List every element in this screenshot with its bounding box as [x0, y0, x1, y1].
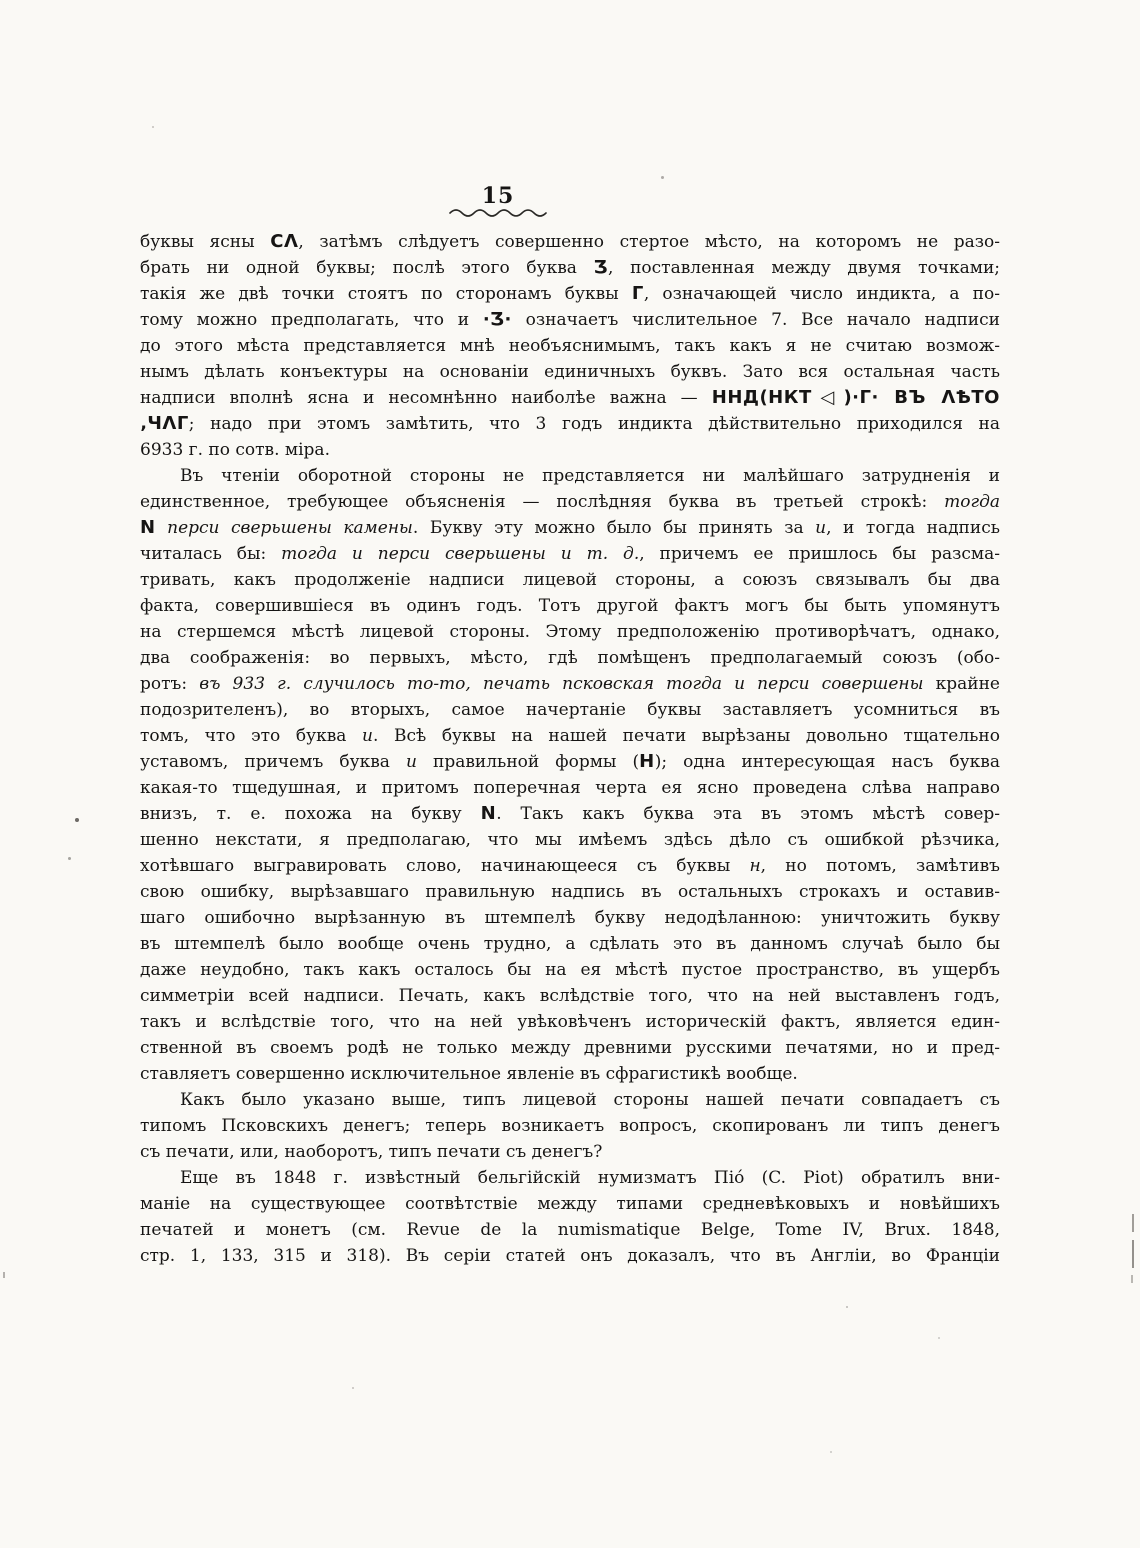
text-line: хотѣвшаго выгравировать слово, начинающе… [140, 853, 1000, 879]
body-text: ственной въ своемъ родѣ не только между … [140, 1038, 1000, 1058]
page-number: 15 [437, 183, 559, 209]
text-line: уставомъ, причемъ буква и правильной фор… [140, 749, 1000, 775]
scan-speck [830, 1451, 832, 1453]
italic-text: и [362, 726, 373, 746]
body-text: тривать, какъ продолженіе надписи лицево… [140, 570, 1000, 590]
body-text: . Букву эту можно было бы принять за [413, 518, 815, 538]
text-line: свою ошибку, вырѣзавшаго правильную надп… [140, 879, 1000, 905]
text-line: съ печати, или, наоборотъ, типъ печати с… [140, 1139, 1000, 1165]
text-line: какая-то тщедушная, и притомъ поперечная… [140, 775, 1000, 801]
body-text: Какъ было указано выше, типъ лицевой сто… [180, 1090, 1000, 1110]
body-text: буквы ясны [140, 232, 270, 252]
body-text: даже неудобно, такъ какъ осталось бы на … [140, 960, 1000, 980]
body-text: Въ чтеніи оборотной стороны не представл… [180, 466, 1000, 486]
body-text: стр. 1, 133, 315 и 318). Въ серіи статей… [140, 1246, 1000, 1266]
scan-speck [846, 1306, 848, 1308]
text-line: 6933 г. по сотв. міра. [140, 437, 1000, 463]
text-line: томъ, что это буква и. Всѣ буквы на наше… [140, 723, 1000, 749]
text-line: ротъ: въ 933 г. случилось то-то, печать … [140, 671, 1000, 697]
body-text: . Всѣ буквы на нашей печати вырѣзаны дов… [373, 726, 1000, 746]
body-text: шенно некстати, я предполагаю, что мы им… [140, 830, 1000, 850]
body-text: типомъ Псковскихъ денегъ; теперь возника… [140, 1116, 1000, 1136]
italic-text: тогда и перси сверьшены и т. д. [281, 544, 639, 564]
body-text: съ печати, или, наоборотъ, типъ печати с… [140, 1142, 602, 1162]
body-text: единственное, требующее объясненія — пос… [140, 492, 944, 512]
inscription-letters: N [481, 803, 497, 824]
text-line: стр. 1, 133, 315 и 318). Въ серіи статей… [140, 1243, 1000, 1269]
italic-text: перси сверьшены камены [156, 518, 413, 538]
inscription-letters: ННД(НКТ◁)·Г· ВЪ ΛѢТО [712, 387, 1000, 408]
text-line: тривать, какъ продолженіе надписи лицево… [140, 567, 1000, 593]
italic-text: и [815, 518, 826, 538]
body-text: въ штемпелѣ было вообще очень трудно, а … [140, 934, 1000, 954]
body-text: читалась бы: [140, 544, 281, 564]
scan-speck [3, 1272, 5, 1278]
text-line: ственной въ своемъ родѣ не только между … [140, 1035, 1000, 1061]
text-line: типомъ Псковскихъ денегъ; теперь возника… [140, 1113, 1000, 1139]
italic-text: и [406, 752, 417, 772]
scan-speck [152, 126, 154, 128]
text-line: шенно некстати, я предполагаю, что мы им… [140, 827, 1000, 853]
scan-speck [75, 818, 79, 822]
text-line: подозрителенъ), во вторыхъ, самое начерт… [140, 697, 1000, 723]
body-text: два соображенія: во первыхъ, мѣсто, гдѣ … [140, 648, 1000, 668]
text-line: печатей и монетъ (см. Revue de la numism… [140, 1217, 1000, 1243]
text-line: даже неудобно, такъ какъ осталось бы на … [140, 957, 1000, 983]
scan-speck [68, 857, 71, 860]
italic-text: тогда [944, 492, 1000, 512]
body-text: ротъ: [140, 674, 199, 694]
text-line: внизъ, т. е. похожа на букву N. Такъ как… [140, 801, 1000, 827]
text-line: брать ни одной буквы; послѣ этого буква … [140, 255, 1000, 281]
scanned-book-page: 15 буквы ясны СΛ, затѣмъ слѣдуетъ соверш… [0, 0, 1140, 1548]
body-text: симметріи всей надписи. Печать, какъ всл… [140, 986, 1000, 1006]
body-text: , затѣмъ слѣдуетъ совершенно стертое мѣс… [298, 232, 1000, 252]
scan-edge-mark [1131, 1275, 1133, 1283]
body-text: ; надо при этомъ замѣтить, что 3 годъ ин… [189, 414, 1000, 434]
scan-edge-mark [1132, 1240, 1134, 1268]
body-text: ставляетъ совершенно исключительное явле… [140, 1064, 798, 1084]
text-line: такъ и вслѣдствіе того, что на ней увѣко… [140, 1009, 1000, 1035]
inscription-letters: СΛ [270, 231, 298, 252]
text-line: единственное, требующее объясненія — пос… [140, 489, 1000, 515]
italic-text: н [749, 856, 760, 876]
body-text: брать ни одной буквы; послѣ этого буква [140, 258, 594, 278]
paragraph: Какъ было указано выше, типъ лицевой сто… [140, 1087, 1000, 1165]
page-header: 15 [437, 183, 559, 217]
body-text: какая-то тщедушная, и притомъ поперечная… [140, 778, 1000, 798]
paragraph: Еще въ 1848 г. извѣстный бельгійскій нум… [140, 1165, 1000, 1269]
text-line: Какъ было указано выше, типъ лицевой сто… [140, 1087, 1000, 1113]
text-line: такія же двѣ точки стоятъ по сторонамъ б… [140, 281, 1000, 307]
body-text: факта, совершившіеся въ одинъ годъ. Тотъ… [140, 596, 1000, 616]
text-block: буквы ясны СΛ, затѣмъ слѣдуетъ совершенн… [140, 229, 1000, 1269]
body-text: , означающей число индикта, а по- [644, 284, 1000, 304]
scan-speck [352, 1387, 354, 1389]
scan-speck [661, 176, 664, 179]
scan-edge-mark [1132, 1214, 1134, 1232]
body-text: надписи вполнѣ ясна и несомнѣнно наиболѣ… [140, 388, 712, 408]
text-line: шаго ошибочно вырѣзанную въ штемпелѣ бук… [140, 905, 1000, 931]
text-line: факта, совершившіеся въ одинъ годъ. Тотъ… [140, 593, 1000, 619]
text-line: Въ чтеніи оборотной стороны не представл… [140, 463, 1000, 489]
text-line: на стершемся мѣстѣ лицевой стороны. Этом… [140, 619, 1000, 645]
body-text: ); одна интересующая насъ буква [655, 752, 1000, 772]
body-text: крайне [923, 674, 1000, 694]
text-line: надписи вполнѣ ясна и несомнѣнно наиболѣ… [140, 385, 1000, 411]
text-line: читалась бы: тогда и перси сверьшены и т… [140, 541, 1000, 567]
body-text: . Такъ какъ буква эта въ этомъ мѣстѣ сов… [496, 804, 1000, 824]
body-text: томъ, что это буква [140, 726, 362, 746]
scan-speck [938, 1337, 940, 1339]
inscription-letters: Ʒ [594, 257, 608, 278]
body-text: уставомъ, причемъ буква [140, 752, 406, 772]
text-line: ставляетъ совершенно исключительное явле… [140, 1061, 1000, 1087]
body-text: , и тогда надпись [826, 518, 1000, 538]
body-text: такъ и вслѣдствіе того, что на ней увѣко… [140, 1012, 1000, 1032]
body-text: внизъ, т. е. похожа на букву [140, 804, 481, 824]
body-text: , но потомъ, замѣтивъ [761, 856, 1000, 876]
text-line: нымъ дѣлать конъектуры на основаніи един… [140, 359, 1000, 385]
text-line: Еще въ 1848 г. извѣстный бельгійскій нум… [140, 1165, 1000, 1191]
body-text: подозрителенъ), во вторыхъ, самое начерт… [140, 700, 1000, 720]
text-line: маніе на существующее соотвѣтствіе между… [140, 1191, 1000, 1217]
text-line: симметріи всей надписи. Печать, какъ всл… [140, 983, 1000, 1009]
text-line: два соображенія: во первыхъ, мѣсто, гдѣ … [140, 645, 1000, 671]
inscription-letters: ·Ʒ· [483, 309, 512, 330]
body-text: маніе на существующее соотвѣтствіе между… [140, 1194, 1000, 1214]
inscription-letters: N [140, 517, 156, 538]
italic-text: въ 933 г. случилось то-то, печать псковс… [199, 674, 923, 694]
body-text: 6933 г. по сотв. міра. [140, 440, 330, 460]
text-line: буквы ясны СΛ, затѣмъ слѣдуетъ совершенн… [140, 229, 1000, 255]
body-text: правильной формы ( [417, 752, 639, 772]
body-text: такія же двѣ точки стоятъ по сторонамъ б… [140, 284, 632, 304]
body-text: , поставленная между двумя точками; [608, 258, 1000, 278]
text-line: ‚ЧΛГ; надо при этомъ замѣтить, что 3 год… [140, 411, 1000, 437]
inscription-letters: ‚ЧΛГ [140, 413, 189, 434]
text-line: тому можно предполагать, что и ·Ʒ· означ… [140, 307, 1000, 333]
body-text: до этого мѣста представляется мнѣ необъя… [140, 336, 1000, 356]
body-text: , причемъ ее пришлось бы разсма- [639, 544, 1000, 564]
text-line: N перси сверьшены камены. Букву эту можн… [140, 515, 1000, 541]
body-text: тому можно предполагать, что и [140, 310, 483, 330]
body-text: хотѣвшаго выгравировать слово, начинающе… [140, 856, 749, 876]
body-text: свою ошибку, вырѣзавшаго правильную надп… [140, 882, 1000, 902]
text-line: до этого мѣста представляется мнѣ необъя… [140, 333, 1000, 359]
text-line: въ штемпелѣ было вообще очень трудно, а … [140, 931, 1000, 957]
body-text: шаго ошибочно вырѣзанную въ штемпелѣ бук… [140, 908, 1000, 928]
body-text: нымъ дѣлать конъектуры на основаніи един… [140, 362, 1000, 382]
body-text: означаетъ числительное 7. Все начало над… [512, 310, 1000, 330]
body-text: Еще въ 1848 г. извѣстный бельгійскій нум… [180, 1168, 1000, 1188]
body-text: на стершемся мѣстѣ лицевой стороны. Этом… [140, 622, 1000, 642]
paragraph: Въ чтеніи оборотной стороны не представл… [140, 463, 1000, 1087]
body-text: печатей и монетъ (см. Revue de la numism… [140, 1220, 1000, 1240]
paragraph: буквы ясны СΛ, затѣмъ слѣдуетъ совершенн… [140, 229, 1000, 463]
inscription-letters: Г [632, 283, 644, 304]
inscription-letters: Н [639, 751, 655, 772]
